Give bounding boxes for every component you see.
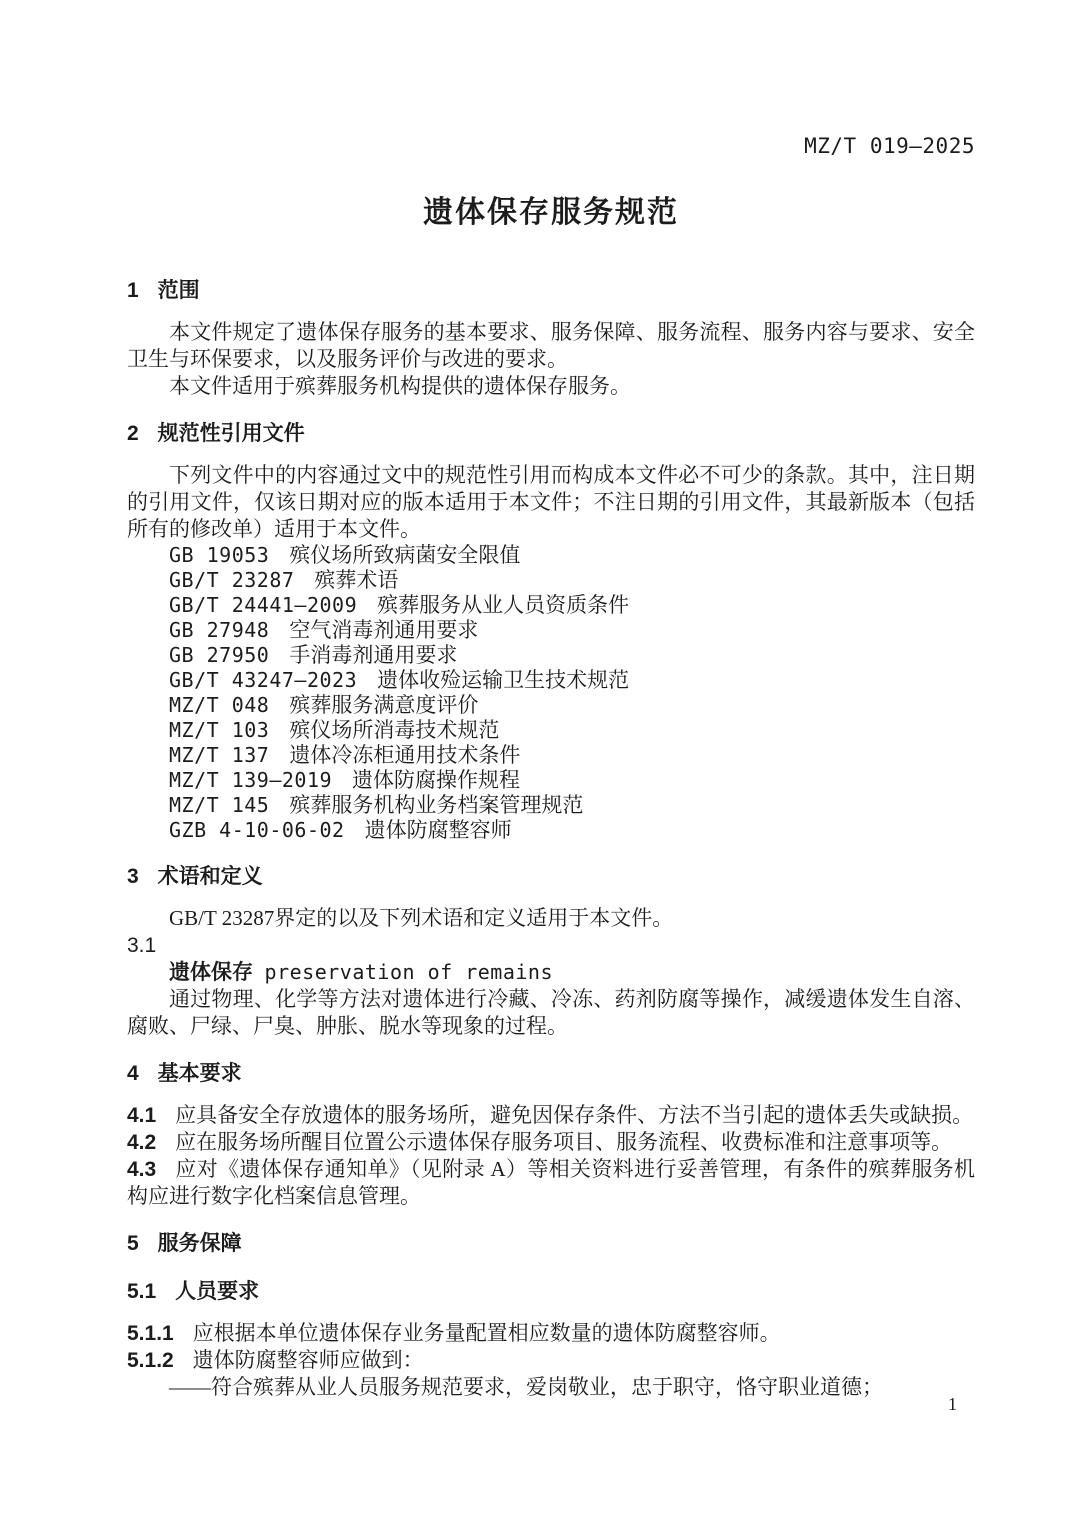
section-3-title: 术语和定义	[158, 865, 263, 888]
reference-code: MZ/T 048	[169, 693, 269, 717]
term-chinese: 遗体保存	[169, 961, 253, 984]
reference-item: GB/T 23287殡葬术语	[127, 568, 975, 593]
clause-number: 5.1.2	[127, 1349, 174, 1372]
clause-number: 4.2	[127, 1131, 156, 1154]
section-5-heading: 5服务保障	[127, 1230, 975, 1258]
dash-list-item: ——符合殡葬从业人员服务规范要求，爱岗敬业，忠于职守，恪守职业道德；	[127, 1374, 975, 1401]
reference-code: MZ/T 139—2019	[169, 768, 332, 792]
reference-item: MZ/T 103殡仪场所消毒技术规范	[127, 718, 975, 743]
clause-number: 4.3	[127, 1158, 156, 1181]
reference-item: GB 27950手消毒剂通用要求	[127, 643, 975, 668]
section-3-number: 3	[127, 865, 139, 888]
clause-5-1-2: 5.1.2遗体防腐整容师应做到：	[127, 1347, 975, 1374]
section-1-title: 范围	[158, 279, 200, 302]
clause-5-1-1: 5.1.1应根据本单位遗体保存业务量配置相应数量的遗体防腐整容师。	[127, 1320, 975, 1347]
scope-paragraph-2: 本文件适用于殡葬服务机构提供的遗体保存服务。	[127, 373, 975, 400]
reference-title: 殡仪场所消毒技术规范	[289, 718, 499, 742]
reference-code: GB/T 43247—2023	[169, 668, 357, 692]
reference-code: GZB 4-10-06-02	[169, 818, 345, 842]
section-5-number: 5	[127, 1232, 139, 1255]
reference-item: MZ/T 145殡葬服务机构业务档案管理规范	[127, 793, 975, 818]
term-number: 3.1	[127, 932, 975, 959]
clause-text: 应在服务场所醒目位置公示遗体保存服务项目、服务流程、收费标准和注意事项等。	[175, 1130, 952, 1154]
reference-title: 遗体防腐操作规程	[352, 768, 520, 792]
clause-text: 遗体防腐整容师应做到：	[193, 1348, 424, 1372]
section-5-title: 服务保障	[158, 1232, 242, 1255]
reference-item: GB 19053殡仪场所致病菌安全限值	[127, 543, 975, 568]
clause-text: 应根据本单位遗体保存业务量配置相应数量的遗体防腐整容师。	[193, 1321, 781, 1345]
terms-intro: GB/T 23287界定的以及下列术语和定义适用于本文件。	[127, 905, 975, 932]
reference-item: MZ/T 048殡葬服务满意度评价	[127, 693, 975, 718]
clause-4-1: 4.1应具备安全存放遗体的服务场所，避免因保存条件、方法不当引起的遗体丢失或缺损…	[127, 1102, 975, 1129]
document-content: MZ/T 019—2025 遗体保存服务规范 1范围 本文件规定了遗体保存服务的…	[0, 0, 1074, 1401]
reference-code: GB 27948	[169, 618, 269, 642]
reference-title: 殡葬服务满意度评价	[289, 693, 478, 717]
clause-text: 应具备安全存放遗体的服务场所，避免因保存条件、方法不当引起的遗体丢失或缺损。	[175, 1103, 973, 1127]
section-4-title: 基本要求	[158, 1062, 242, 1085]
reference-title: 遗体冷冻柜通用技术条件	[289, 743, 520, 767]
reference-item: GZB 4-10-06-02遗体防腐整容师	[127, 818, 975, 843]
section-2-heading: 2规范性引用文件	[127, 420, 975, 448]
reference-item: GB/T 43247—2023遗体收殓运输卫生技术规范	[127, 668, 975, 693]
reference-code: GB/T 24441—2009	[169, 593, 357, 617]
reference-title: 殡葬服务机构业务档案管理规范	[289, 793, 583, 817]
page-number: 1	[948, 1392, 957, 1416]
section-5-1-title: 人员要求	[175, 1280, 259, 1303]
term-definition: 通过物理、化学等方法对遗体进行冷藏、冷冻、药剂防腐等操作，减缓遗体发生自溶、腐败…	[127, 986, 975, 1040]
reference-title: 手消毒剂通用要求	[289, 643, 457, 667]
clause-number: 4.1	[127, 1104, 156, 1127]
clause-4-2: 4.2应在服务场所醒目位置公示遗体保存服务项目、服务流程、收费标准和注意事项等。	[127, 1129, 975, 1156]
clause-text: 应对《遗体保存通知单》（见附录 A）等相关资料进行妥善管理，有条件的殡葬服务机构…	[127, 1157, 975, 1208]
reference-title: 殡葬服务从业人员资质条件	[377, 593, 629, 617]
reference-title: 遗体防腐整容师	[365, 818, 512, 842]
term-entry: 遗体保存preservation of remains	[127, 959, 975, 986]
clause-4-3: 4.3应对《遗体保存通知单》（见附录 A）等相关资料进行妥善管理，有条件的殡葬服…	[127, 1156, 975, 1210]
reference-title: 殡仪场所致病菌安全限值	[289, 543, 520, 567]
reference-item: GB 27948空气消毒剂通用要求	[127, 618, 975, 643]
section-5-1-number: 5.1	[127, 1280, 156, 1303]
reference-title: 遗体收殓运输卫生技术规范	[377, 668, 629, 692]
section-5-1-heading: 5.1人员要求	[127, 1278, 975, 1306]
reference-code: GB 27950	[169, 643, 269, 667]
reference-item: GB/T 24441—2009殡葬服务从业人员资质条件	[127, 593, 975, 618]
section-4-heading: 4基本要求	[127, 1060, 975, 1088]
reference-code: GB/T 23287	[169, 568, 294, 592]
document-title: 遗体保存服务规范	[127, 193, 975, 233]
references-intro: 下列文件中的内容通过文中的规范性引用而构成本文件必不可少的条款。其中，注日期的引…	[127, 462, 975, 543]
section-1-number: 1	[127, 279, 139, 302]
doc-number: MZ/T 019—2025	[127, 133, 975, 159]
section-2-number: 2	[127, 422, 139, 445]
reference-code: MZ/T 103	[169, 718, 269, 742]
section-1-heading: 1范围	[127, 277, 975, 305]
reference-item: MZ/T 139—2019遗体防腐操作规程	[127, 768, 975, 793]
document-page: MZ/T 019—2025 遗体保存服务规范 1范围 本文件规定了遗体保存服务的…	[0, 0, 1074, 1520]
reference-code: MZ/T 145	[169, 793, 269, 817]
reference-item: MZ/T 137遗体冷冻柜通用技术条件	[127, 743, 975, 768]
section-4-number: 4	[127, 1062, 139, 1085]
reference-code: MZ/T 137	[169, 743, 269, 767]
reference-title: 空气消毒剂通用要求	[289, 618, 478, 642]
section-2-title: 规范性引用文件	[158, 422, 305, 445]
scope-paragraph-1: 本文件规定了遗体保存服务的基本要求、服务保障、服务流程、服务内容与要求、安全卫生…	[127, 319, 975, 373]
reference-title: 殡葬术语	[314, 568, 398, 592]
clause-number: 5.1.1	[127, 1322, 174, 1345]
term-english: preservation of remains	[265, 960, 553, 984]
section-3-heading: 3术语和定义	[127, 863, 975, 891]
reference-code: GB 19053	[169, 543, 269, 567]
